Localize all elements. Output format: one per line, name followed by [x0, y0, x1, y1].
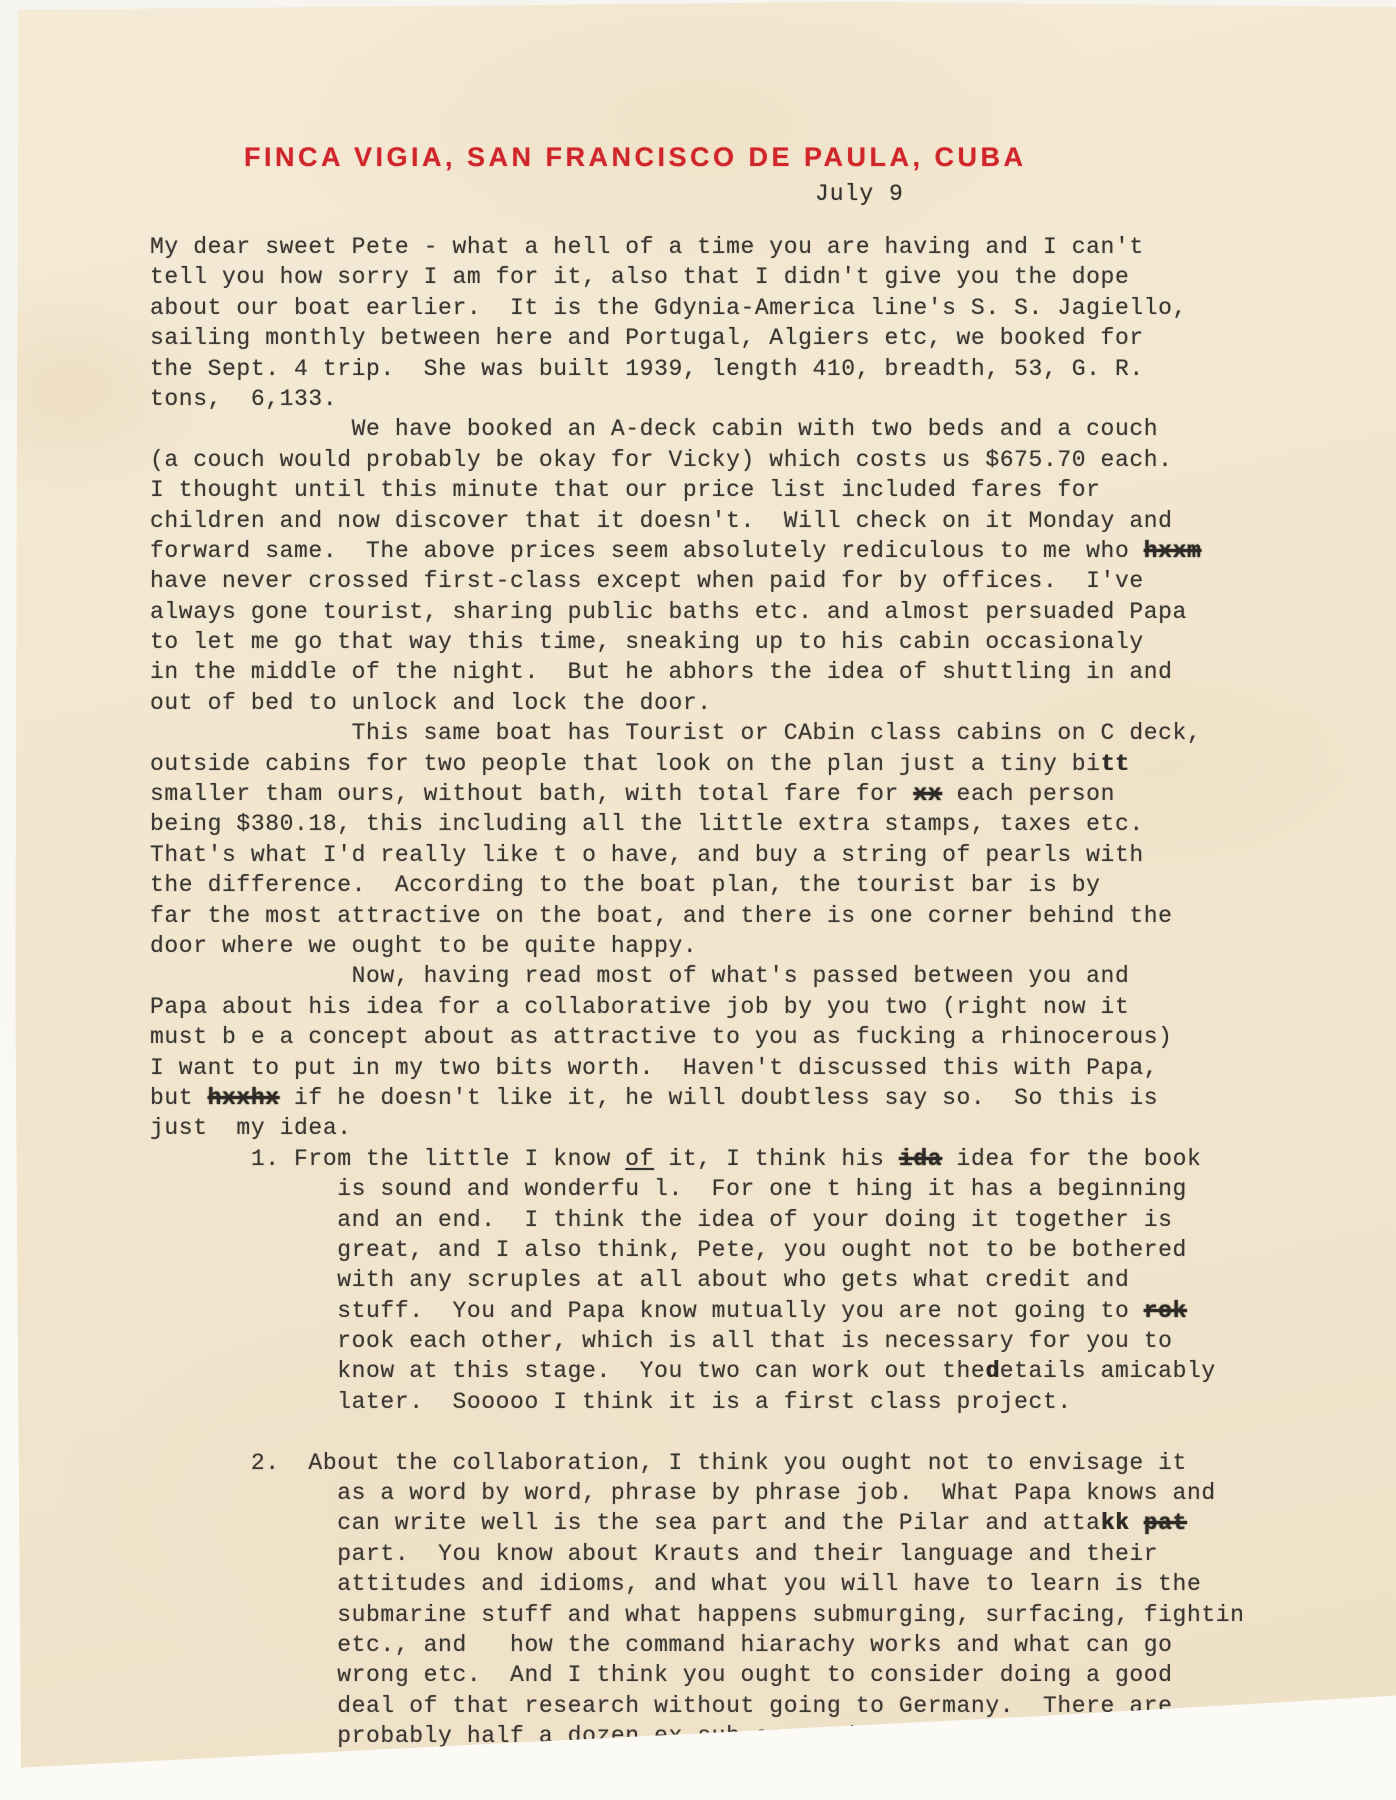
text-run: in the middle of the night. But he abhor… [150, 659, 1173, 685]
letter-line: tons, 6,133. [150, 384, 1330, 414]
letter-line: attitudes and idioms, and what you will … [150, 1569, 1330, 1599]
text-run: I thought until this minute that our pri… [150, 477, 1101, 503]
overtyped-token: tt [1101, 751, 1130, 777]
text-run: and an end. I think the idea of your doi… [150, 1207, 1173, 1233]
letter-line: part. You know about Krauts and their la… [150, 1539, 1330, 1569]
text-run: far the most attractive on the boat, and… [150, 903, 1173, 929]
letter-line: about our boat earlier. It is the Gdynia… [150, 293, 1330, 323]
text-run: My dear sweet Pete - what a hell of a ti… [150, 234, 1144, 260]
letter-line: with any scruples at all about who gets … [150, 1265, 1330, 1295]
letter-line: forward same. The above prices seem abso… [150, 536, 1330, 566]
text-run: submarine stuff and what happens submurg… [150, 1602, 1245, 1628]
letter-line: the difference. According to the boat pl… [150, 870, 1330, 900]
letter-line: outside cabins for two people that look … [150, 749, 1330, 779]
letter-line: smaller tham ours, without bath, with to… [150, 779, 1330, 809]
text-run: Now, having read most of what's passed b… [150, 963, 1129, 989]
letter-line: I thought until this minute that our pri… [150, 475, 1330, 505]
letter-line: in the middle of the night. But he abhor… [150, 657, 1330, 687]
letter-line: far the most attractive on the boat, and… [150, 901, 1330, 931]
letter-line: have never crossed first-class except wh… [150, 566, 1330, 596]
text-run: wrong etc. And I think you ought to cons… [150, 1662, 1173, 1688]
text-run: is sound and wonderfu l. For one t hing … [150, 1176, 1187, 1202]
letter-body: My dear sweet Pete - what a hell of a ti… [150, 232, 1330, 1752]
letter-line: sailing monthly between here and Portuga… [150, 323, 1330, 353]
letter-line: submarine stuff and what happens submurg… [150, 1600, 1330, 1630]
letter-line: always gone tourist, sharing public bath… [150, 597, 1330, 627]
text-run: I want to put in my two bits worth. Have… [150, 1055, 1158, 1081]
letterhead: FINCA VIGIA, SAN FRANCISCO DE PAULA, CUB… [244, 142, 1004, 173]
overtyped-token: ida [899, 1146, 942, 1172]
text-run: etails amicably [1000, 1358, 1216, 1384]
text-run: great, and I also think, Pete, you ought… [150, 1237, 1187, 1263]
letter-line: (a couch would probably be okay for Vick… [150, 445, 1330, 475]
letter-line: etc., and how the command hiarachy works… [150, 1630, 1330, 1660]
text-run: etc., and how the command hiarachy works… [150, 1632, 1173, 1658]
text-run: about our boat earlier. It is the Gdynia… [150, 295, 1187, 321]
text-run: children and now discover that it doesn'… [150, 508, 1173, 534]
text-run: outside cabins for two people that look … [150, 751, 1101, 777]
letter-line: to let me go that way this time, sneakin… [150, 627, 1330, 657]
letter-line: must b e a concept about as attractive t… [150, 1022, 1330, 1052]
text-run: tell you how sorry I am for it, also tha… [150, 264, 1129, 290]
overtyped-token: hxxhx [208, 1085, 280, 1111]
text-run: but [150, 1085, 208, 1111]
text-run: smaller tham ours, without bath, with to… [150, 781, 913, 807]
text-run: being $380.18, this including all the li… [150, 811, 1144, 837]
text-run: know at this stage. You two can work out… [150, 1358, 985, 1384]
letter-line: We have booked an A-deck cabin with two … [150, 414, 1330, 444]
letter-paper: FINCA VIGIA, SAN FRANCISCO DE PAULA, CUB… [0, 0, 1396, 1800]
letter-line: I want to put in my two bits worth. Have… [150, 1053, 1330, 1083]
text-run: stuff. You and Papa know mutually you ar… [150, 1298, 1144, 1324]
letter-line: door where we ought to be quite happy. [150, 931, 1330, 961]
text-run: have never crossed first-class except wh… [150, 568, 1144, 594]
text-run: out of bed to unlock and lock the door. [150, 690, 712, 716]
text-run: This same boat has Tourist or CAbin clas… [150, 720, 1201, 746]
text-run: 2. About the collaboration, I think you … [150, 1450, 1187, 1476]
text-run: That's what I'd really like t o have, an… [150, 842, 1144, 868]
text-run: if he doesn't like it, he will doubtless… [280, 1085, 1159, 1111]
letter-line [150, 1417, 1330, 1447]
letter-line: as a word by word, phrase by phrase job.… [150, 1478, 1330, 1508]
text-run: idea for the book [942, 1146, 1201, 1172]
letter-line: is sound and wonderfu l. For one t hing … [150, 1174, 1330, 1204]
text-run: it, I think his [654, 1146, 899, 1172]
letter-line: My dear sweet Pete - what a hell of a ti… [150, 232, 1330, 262]
text-run: can write well is the sea part and the P… [150, 1510, 1101, 1536]
letter-line: rook each other, which is all that is ne… [150, 1326, 1330, 1356]
underlined-word: of [625, 1146, 654, 1172]
text-run: attitudes and idioms, and what you will … [150, 1571, 1201, 1597]
letter-line: 1. From the little I know of it, I think… [150, 1144, 1330, 1174]
letter-line: Now, having read most of what's passed b… [150, 961, 1330, 991]
text-run: door where we ought to be quite happy. [150, 933, 697, 959]
letter-line: know at this stage. You two can work out… [150, 1356, 1330, 1386]
overtyped-token: kk [1101, 1510, 1130, 1536]
text-run: deal of that research without going to G… [150, 1693, 1173, 1719]
overtyped-token: d [985, 1358, 999, 1384]
overtyped-token: hxxm [1144, 538, 1202, 564]
text-run: 1. From the little I know [150, 1146, 625, 1172]
text-run: sailing monthly between here and Portuga… [150, 325, 1144, 351]
letter-line: just my idea. [150, 1113, 1330, 1143]
letter-line: great, and I also think, Pete, you ought… [150, 1235, 1330, 1265]
text-run: just my idea. [150, 1115, 352, 1141]
text-run: forward same. The above prices seem abso… [150, 538, 1144, 564]
letter-line: That's what I'd really like t o have, an… [150, 840, 1330, 870]
letter-line: This same boat has Tourist or CAbin clas… [150, 718, 1330, 748]
text-run: rook each other, which is all that is ne… [150, 1328, 1173, 1354]
text-run: part. You know about Krauts and their la… [150, 1541, 1158, 1567]
text-run: later. Sooooo I think it is a first clas… [150, 1389, 1072, 1415]
text-run: with any scruples at all about who gets … [150, 1267, 1129, 1293]
date-line: July 9 [815, 181, 904, 207]
letter-line: stuff. You and Papa know mutually you ar… [150, 1296, 1330, 1326]
letter-line: and an end. I think the idea of your doi… [150, 1205, 1330, 1235]
text-run: each person [942, 781, 1115, 807]
letter-line: 2. About the collaboration, I think you … [150, 1448, 1330, 1478]
text-run: always gone tourist, sharing public bath… [150, 599, 1187, 625]
letter-line: Papa about his idea for a collaborative … [150, 992, 1330, 1022]
text-run [1129, 1510, 1143, 1536]
letter-line: out of bed to unlock and lock the door. [150, 688, 1330, 718]
text-run: tons, 6,133. [150, 386, 337, 412]
letter-line: but hxxhx if he doesn't like it, he will… [150, 1083, 1330, 1113]
letter-line: the Sept. 4 trip. She was built 1939, le… [150, 354, 1330, 384]
letter-line: can write well is the sea part and the P… [150, 1508, 1330, 1538]
overtyped-token: rok [1144, 1298, 1187, 1324]
text-run: We have booked an A-deck cabin with two … [150, 416, 1158, 442]
text-run: to let me go that way this time, sneakin… [150, 629, 1144, 655]
text-run: must b e a concept about as attractive t… [150, 1024, 1173, 1050]
text-run: as a word by word, phrase by phrase job.… [150, 1480, 1216, 1506]
letter-line: children and now discover that it doesn'… [150, 506, 1330, 536]
text-run: (a couch would probably be okay for Vick… [150, 447, 1173, 473]
letter-line: later. Sooooo I think it is a first clas… [150, 1387, 1330, 1417]
overtyped-token: xx [913, 781, 942, 807]
text-run: the difference. According to the boat pl… [150, 872, 1101, 898]
letter-line: being $380.18, this including all the li… [150, 809, 1330, 839]
overtyped-token: pat [1144, 1510, 1187, 1536]
letter-line: tell you how sorry I am for it, also tha… [150, 262, 1330, 292]
text-run: the Sept. 4 trip. She was built 1939, le… [150, 356, 1144, 382]
text-run: Papa about his idea for a collaborative … [150, 994, 1129, 1020]
letter-line: wrong etc. And I think you ought to cons… [150, 1660, 1330, 1690]
